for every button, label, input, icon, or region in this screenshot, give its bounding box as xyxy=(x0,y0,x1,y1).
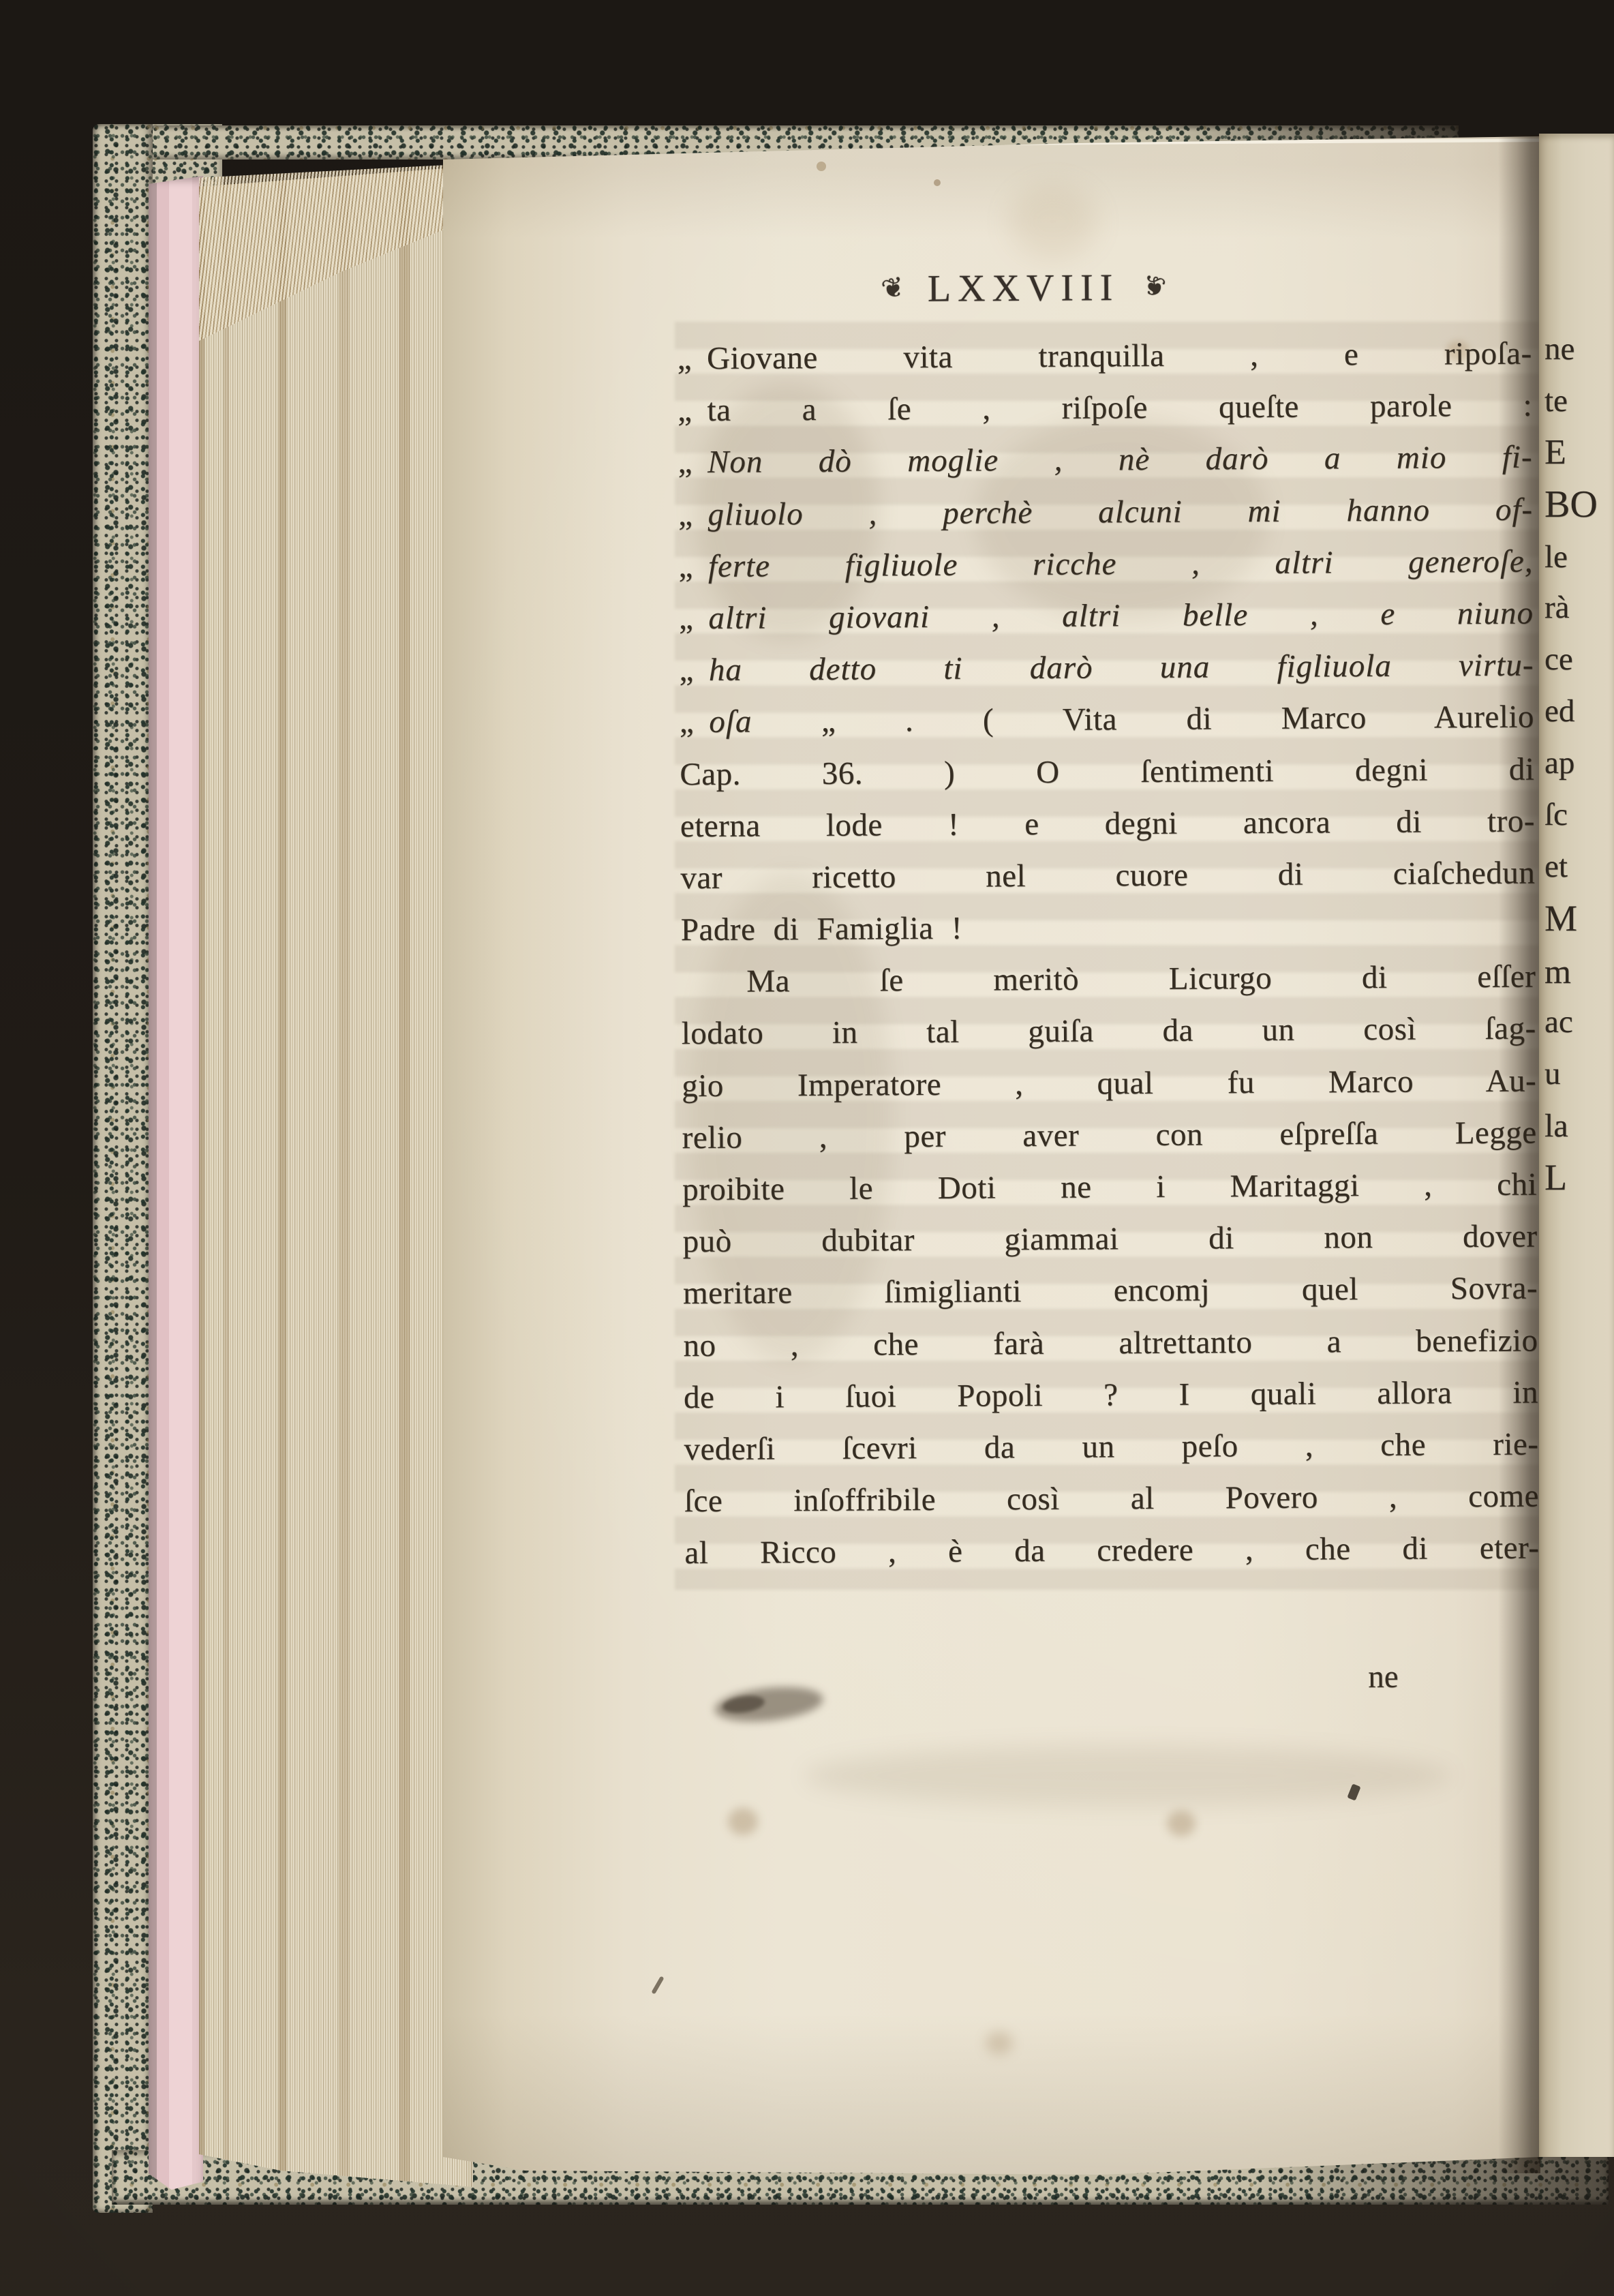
text-line: „ferte figliuole ricche , altri generoſe… xyxy=(678,535,1533,592)
quote-mark: „ xyxy=(677,444,707,480)
line-segment: var ricetto nel cuore di ciaſchedun xyxy=(680,855,1535,896)
quote-mark: „ xyxy=(680,704,710,740)
quote-mark: „ xyxy=(678,496,708,532)
quote-mark: „ xyxy=(678,549,708,584)
foxing-spot xyxy=(1167,1811,1196,1837)
text-line: var ricetto nel cuore di ciaſchedun xyxy=(680,847,1535,904)
text-line: lodato in tal guiſa da un così ſag- xyxy=(682,1003,1536,1060)
text-line: eterna lode ! e degni ancora di tro- xyxy=(680,795,1535,852)
line-segment: eterna lode ! e degni ancora di tro- xyxy=(680,803,1535,844)
fleuron-icon: ❦ xyxy=(877,265,909,312)
line-segment: relio , per aver con eſpreſſa Legge xyxy=(682,1115,1537,1155)
running-head: ❦LXXVIII❦ xyxy=(662,264,1384,312)
quote-mark: „ xyxy=(677,393,707,428)
foxing-spot xyxy=(817,162,826,171)
foxing-spot xyxy=(934,179,941,186)
text-line: de i ſuoi Popoli ? I quali allora in xyxy=(684,1366,1538,1423)
line-segment: Giovane vita tranquilla , e ripoſa- xyxy=(707,336,1532,376)
text-line: „Non dò moglie , nè darò a mio fi- xyxy=(677,432,1532,489)
text-line: Ma ſe meritò Licurgo di eſſer xyxy=(681,951,1536,1008)
text-line: al Ricco , è da credere , che di eter- xyxy=(684,1522,1539,1580)
line-segment: meritare ſimiglianti encomj quel Sovra- xyxy=(683,1271,1538,1312)
text-line: relio , per aver con eſpreſſa Legge xyxy=(682,1106,1536,1164)
line-segment: ta a ſe , riſpoſe queſte parole : xyxy=(707,388,1532,428)
line-segment: Ma ſe meritò Licurgo di eſſer xyxy=(746,959,1536,999)
next-page-edge xyxy=(1539,134,1614,2157)
text-line: gio Imperatore , qual fu Marco Au- xyxy=(682,1055,1536,1112)
text-line: meritare ſimiglianti encomj quel Sovra- xyxy=(683,1263,1538,1320)
foxing-spot xyxy=(986,2031,1013,2055)
text-line: Cap. 36. ) O ſentimenti degni di xyxy=(680,743,1534,800)
line-segment: altri giovani , altri belle , e niuno xyxy=(708,595,1534,635)
foxing-spot xyxy=(728,1808,758,1835)
line-segment: no , che farà altrettanto a benefizio xyxy=(683,1323,1538,1363)
text-block: „Giovane vita tranquilla , e ripoſa-„ta … xyxy=(677,328,1539,1580)
text-line: no , che farà altrettanto a benefizio xyxy=(683,1314,1538,1372)
foxing-stain xyxy=(1009,184,1097,259)
text-line: „gliuolo , perchè alcuni mi hanno of- xyxy=(678,483,1533,541)
line-segment: „ . ( Vita di Marco Aurelio xyxy=(752,699,1534,740)
line-segment: può dubitar giammai di non dover xyxy=(682,1219,1537,1260)
text-line: ſce inſoffribile così al Povero , come xyxy=(684,1470,1539,1528)
quote-mark: „ xyxy=(679,601,709,636)
text-line: vederſi ſcevri da un peſo , che rie- xyxy=(684,1418,1538,1475)
line-segment: vederſi ſcevri da un peſo , che rie- xyxy=(684,1426,1538,1467)
text-line: può dubitar giammai di non dover xyxy=(682,1211,1537,1268)
quote-mark: „ xyxy=(677,341,707,376)
line-segment: al Ricco , è da credere , che di eter- xyxy=(684,1530,1539,1571)
text-line: Padre di Famiglia ! xyxy=(681,899,1536,956)
fleuron-icon: ❦ xyxy=(1139,263,1169,310)
line-segment: gio Imperatore , qual fu Marco Au- xyxy=(682,1063,1536,1104)
cover-marble-left-edge xyxy=(93,124,153,2213)
text-line: „altri giovani , altri belle , e niuno xyxy=(679,587,1534,644)
quote-mark: „ xyxy=(679,652,709,688)
catchword: ne xyxy=(677,1659,1398,1700)
line-segment: lodato in tal guiſa da un così ſag- xyxy=(682,1011,1536,1052)
line-segment: oſa xyxy=(709,704,752,740)
line-segment: Cap. 36. ) O ſentimenti degni di xyxy=(680,751,1534,792)
gutter-shadow xyxy=(1498,135,1540,2173)
line-segment: ſce inſoffribile così al Povero , come xyxy=(684,1479,1539,1520)
text-line: „ha detto ti darò una figliuola virtu- xyxy=(679,639,1534,697)
text-line: „Giovane vita tranquilla , e ripoſa- xyxy=(677,328,1532,385)
page-number: LXXVIII xyxy=(928,267,1120,310)
page-stack-fore-edge xyxy=(199,162,473,2203)
text-line: „ta a ſe , riſpoſe queſte parole : xyxy=(677,380,1532,437)
scanned-book-photo: ❦LXXVIII❦ „Giovane vita tranquilla , e r… xyxy=(0,0,1614,2296)
pink-endpaper-edge xyxy=(149,176,203,2194)
line-segment: de i ſuoi Popoli ? I quali allora in xyxy=(684,1374,1538,1415)
line-segment: Padre di Famiglia ! xyxy=(681,911,962,948)
text-line: proibite le Doti ne i Maritaggi , chi xyxy=(682,1159,1537,1216)
line-segment: ferte figliuole ricche , altri generoſe, xyxy=(708,543,1534,584)
line-segment: Non dò moglie , nè darò a mio fi- xyxy=(707,440,1533,480)
text-line: „oſa „ . ( Vita di Marco Aurelio xyxy=(680,691,1534,749)
line-segment: ha detto ti darò una figliuola virtu- xyxy=(709,648,1534,688)
line-segment: proibite le Doti ne i Maritaggi , chi xyxy=(682,1167,1537,1208)
line-segment: gliuolo , perchè alcuni mi hanno of- xyxy=(707,492,1533,532)
